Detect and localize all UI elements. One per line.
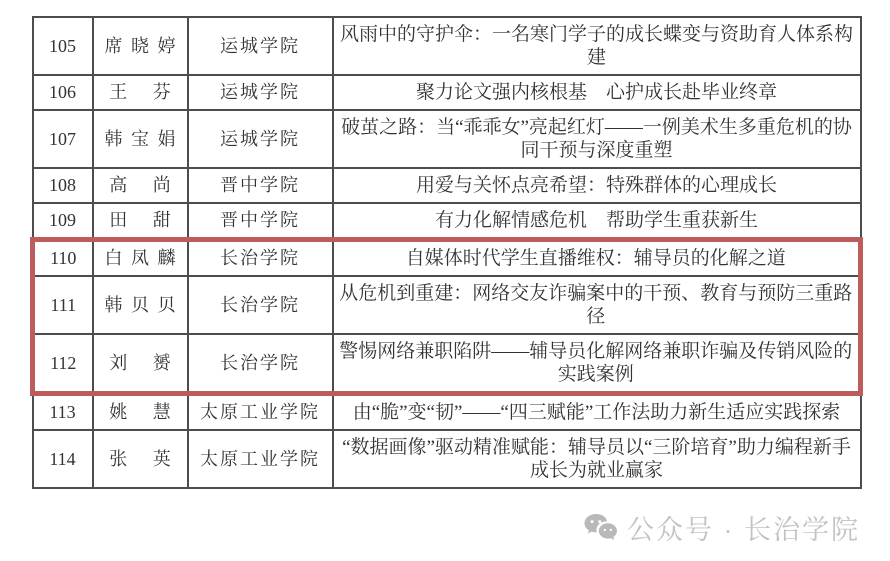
table-row: 107 韩 宝 娟 运城学院 破茧之路：当“乖乖女”亮起红灯——一例美术生多重危… xyxy=(33,110,861,168)
cell-title: 有力化解情感危机 帮助学生重获新生 xyxy=(333,203,861,240)
table-row: 105 席 晓 婷 运城学院 风雨中的守护伞：一名寒门学子的成长蝶变与资助育人体… xyxy=(33,17,861,75)
cell-name: 田 甜 xyxy=(93,203,188,240)
cell-number: 112 xyxy=(33,334,93,394)
cell-number: 107 xyxy=(33,110,93,168)
table-row: 109 田 甜 晋中学院 有力化解情感危机 帮助学生重获新生 xyxy=(33,203,861,240)
cell-institution: 太原工业学院 xyxy=(188,394,333,431)
table-row: 108 高 尚 晋中学院 用爱与关怀点亮希望：特殊群体的心理成长 xyxy=(33,168,861,203)
cell-institution: 长治学院 xyxy=(188,334,333,394)
cell-institution: 运城学院 xyxy=(188,17,333,75)
table-row: 106 王 芬 运城学院 聚力论文强内核根基 心护成长赴毕业终章 xyxy=(33,75,861,110)
cell-institution: 运城学院 xyxy=(188,110,333,168)
award-roster-table: 105 席 晓 婷 运城学院 风雨中的守护伞：一名寒门学子的成长蝶变与资助育人体… xyxy=(30,16,863,489)
cell-name: 席 晓 婷 xyxy=(93,17,188,75)
cell-name: 白 凤 麟 xyxy=(93,240,188,277)
cell-title: 破茧之路：当“乖乖女”亮起红灯——一例美术生多重危机的协同干预与深度重塑 xyxy=(333,110,861,168)
cell-institution: 长治学院 xyxy=(188,276,333,334)
cell-number: 109 xyxy=(33,203,93,240)
cell-name: 韩 宝 娟 xyxy=(93,110,188,168)
table-row: 110 白 凤 麟 长治学院 自媒体时代学生直播维权：辅导员的化解之道 xyxy=(33,240,861,277)
page: 105 席 晓 婷 运城学院 风雨中的守护伞：一名寒门学子的成长蝶变与资助育人体… xyxy=(0,0,890,561)
cell-institution: 晋中学院 xyxy=(188,168,333,203)
highlight-box: 110 白 凤 麟 长治学院 自媒体时代学生直播维权：辅导员的化解之道 111 … xyxy=(33,240,861,394)
cell-number: 108 xyxy=(33,168,93,203)
cell-title: 自媒体时代学生直播维权：辅导员的化解之道 xyxy=(333,240,861,277)
cell-name: 张 英 xyxy=(93,430,188,488)
table-row: 114 张 英 太原工业学院 “数据画像”驱动精准赋能：辅导员以“三阶培育”助力… xyxy=(33,430,861,488)
cell-name: 刘 赟 xyxy=(93,334,188,394)
wechat-icon xyxy=(583,513,618,542)
cell-title: 用爱与关怀点亮希望：特殊群体的心理成长 xyxy=(333,168,861,203)
cell-number: 113 xyxy=(33,394,93,431)
cell-name: 高 尚 xyxy=(93,168,188,203)
cell-title: “数据画像”驱动精准赋能：辅导员以“三阶培育”助力编程新手成长为就业赢家 xyxy=(333,430,861,488)
cell-number: 114 xyxy=(33,430,93,488)
cell-name: 姚 慧 xyxy=(93,394,188,431)
rows-after-highlight: 113 姚 慧 太原工业学院 由“脆”变“韧”——“四三赋能”工作法助力新生适应… xyxy=(33,394,861,489)
cell-title: 聚力论文强内核根基 心护成长赴毕业终章 xyxy=(333,75,861,110)
cell-title: 风雨中的守护伞：一名寒门学子的成长蝶变与资助育人体系构建 xyxy=(333,17,861,75)
table-row: 112 刘 赟 长治学院 警惕网络兼职陷阱——辅导员化解网络兼职诈骗及传销风险的… xyxy=(33,334,861,394)
cell-number: 110 xyxy=(33,240,93,277)
cell-name: 王 芬 xyxy=(93,75,188,110)
cell-institution: 长治学院 xyxy=(188,240,333,277)
cell-institution: 运城学院 xyxy=(188,75,333,110)
cell-number: 105 xyxy=(33,17,93,75)
watermark-text: 公众号 · 长治学院 xyxy=(627,508,860,547)
cell-institution: 晋中学院 xyxy=(188,203,333,240)
cell-number: 111 xyxy=(33,276,93,334)
table-row: 113 姚 慧 太原工业学院 由“脆”变“韧”——“四三赋能”工作法助力新生适应… xyxy=(33,394,861,431)
table-row: 111 韩 贝 贝 长治学院 从危机到重建：网络交友诈骗案中的干预、教育与预防三… xyxy=(33,276,861,334)
watermark: 公众号 · 长治学院 xyxy=(583,508,860,547)
cell-title: 由“脆”变“韧”——“四三赋能”工作法助力新生适应实践探索 xyxy=(333,394,861,431)
cell-number: 106 xyxy=(33,75,93,110)
cell-institution: 太原工业学院 xyxy=(188,430,333,488)
cell-name: 韩 贝 贝 xyxy=(93,276,188,334)
cell-title: 从危机到重建：网络交友诈骗案中的干预、教育与预防三重路径 xyxy=(333,276,861,334)
cell-title: 警惕网络兼职陷阱——辅导员化解网络兼职诈骗及传销风险的实践案例 xyxy=(333,334,861,394)
rows-before-highlight: 105 席 晓 婷 运城学院 风雨中的守护伞：一名寒门学子的成长蝶变与资助育人体… xyxy=(33,17,861,240)
